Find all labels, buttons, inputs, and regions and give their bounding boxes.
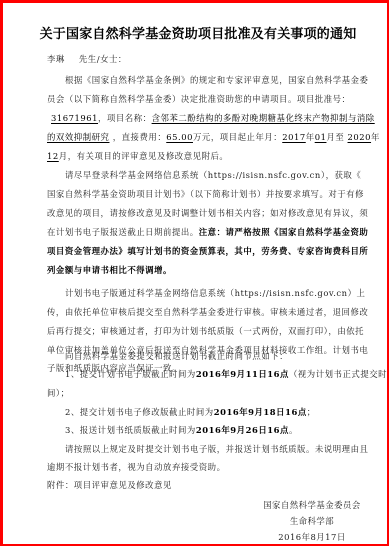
para1-line2: 员会（以下简称自然科学基金委）决定批准资助您的申请项目。项目批准号： <box>47 93 349 105</box>
signature-date: 2016年8月17日 <box>257 531 367 543</box>
para2-line4-normal: 在计划书电子版报送截止日期前提出。 <box>47 227 199 237</box>
para2-notice-bold: 注意：请严格按照《国家自然科学基金资助 <box>199 227 369 237</box>
para2-line5: 项目资金管理办法》填写计划书的资金预算表，其中，劳务费、专家咨询费科目所 <box>47 245 349 257</box>
salutation-line: 李琳先生/女士： <box>47 53 349 65</box>
deadline-3-prefix: 3、报送计划书纸质版截止时间为 <box>65 425 196 435</box>
document-title: 关于国家自然科学基金资助项目批准及有关事项的通知 <box>39 23 357 42</box>
deadline-1-prefix: 1、提交计划书电子版截止时间为 <box>65 369 196 379</box>
para3-line1: 计划书电子版通过科学基金网络信息系统（https://isisn.nsfc.go… <box>65 287 349 299</box>
direct-cost-value: 65.00 <box>166 132 193 142</box>
para1-line1: 根据《国家自然科学基金条例》的规定和专家评审意见，国家自然科学基金委 <box>65 74 349 86</box>
attachment-line: 附件：项目评审意见及修改意见 <box>47 479 349 491</box>
para1-line3: 31671961，项目名称：含邻苯二酚结构的多酚对晚期糖基化终末产物抑制与消除 <box>51 112 353 124</box>
para3-line2: 传，由依托单位审核后提交至自然科学基金委进行审核。审核未通过者，退回修改 <box>47 306 349 318</box>
deadline-3-suffix: 。 <box>289 425 298 435</box>
deadline-2-date: 2016年9月18日16点 <box>214 407 307 417</box>
direct-cost-unit: 万元，项目起止年月： <box>193 132 282 142</box>
deadline-2-prefix: 2、提交计划书电子修改版截止时间为 <box>65 407 214 417</box>
deadline-item-3: 3、报送计划书纸质版截止时间为2016年9月26日16点。 <box>65 424 349 436</box>
signature-org: 国家自然科学基金委员会 <box>257 499 367 511</box>
deadlines-intro: 向自然科学基金委提交和报送计划书截止时间节点如下： <box>65 350 349 362</box>
end-year: 2020 <box>348 132 372 142</box>
para1-line5: 12月，有关项目的评审意见及修改意见附后。 <box>47 150 349 162</box>
start-month: 01 <box>315 132 327 142</box>
document-frame: 关于国家自然科学基金资助项目批准及有关事项的通知 李琳先生/女士： 根据《国家自… <box>0 0 389 546</box>
project-name-label: ，项目名称： <box>98 113 152 123</box>
recipient-salutation: 先生/女士： <box>79 54 127 64</box>
para3-line3: 后再行提交；审核通过者，打印为计划书纸质版（一式两份，双面打印），由依托 <box>47 325 349 337</box>
deadline-3-date: 2016年9月26日16点 <box>196 425 289 435</box>
para1-tail: 月，有关项目的评审意见及修改意见附后。 <box>59 151 229 161</box>
signature-dept: 生命科学部 <box>257 515 367 527</box>
deadline-item-1-wrap: 间）； <box>47 387 349 399</box>
direct-cost-label: ，直接费用： <box>109 132 166 142</box>
year-label: 年 <box>306 132 315 142</box>
para1-line4: 的双效抑制研究 ，直接费用：65.00万元，项目起止年月：2017年01月至 2… <box>47 131 349 143</box>
project-name-part2: 的双效抑制研究 <box>47 132 109 142</box>
deadline-item-1: 1、提交计划书电子版截止时间为2016年9月11日16点（视为计划书正式提交时 <box>65 368 349 380</box>
para2-line1: 请尽早登录科学基金网络信息系统（https://isisn.nsfc.gov.c… <box>65 169 349 181</box>
para4-line2: 逾期不报计划书者，视为自动放弃接受资助。 <box>47 461 349 473</box>
deadline-2-suffix: ； <box>307 407 316 417</box>
end-month: 12 <box>47 151 59 161</box>
para2-line3: 改意见的项目，请按修改意见及时调整计划书相关内容；如对修改意见有异议，须 <box>47 207 349 219</box>
recipient-name: 李琳 <box>47 54 65 64</box>
deadline-1-suffix: （视为计划书正式提交时 <box>289 369 387 379</box>
start-year: 2017 <box>282 132 306 142</box>
para2-line2: 国家自然科学基金资助项目计划书》（以下简称计划书）并按要求填写。对于有修 <box>47 188 349 200</box>
project-name-part1: 含邻苯二酚结构的多酚对晚期糖基化终末产物抑制与消除 <box>152 113 375 123</box>
deadline-1-date: 2016年9月11日16点 <box>196 369 289 379</box>
month-to-label: 月至 <box>326 132 347 142</box>
project-number: 31671961 <box>51 113 98 123</box>
para2-line4: 在计划书电子版报送截止日期前提出。注意：请严格按照《国家自然科学基金资助 <box>47 226 349 238</box>
deadline-item-2: 2、提交计划书电子修改版截止时间为2016年9月18日16点； <box>65 406 349 418</box>
para4-line1: 请按照以上规定及时提交计划书电子版，并报送计划书纸质版。未说明理由且 <box>65 443 349 455</box>
end-year-label: 年 <box>371 132 380 142</box>
para2-line6: 列金额与申请书相比不得调增。 <box>47 264 349 276</box>
